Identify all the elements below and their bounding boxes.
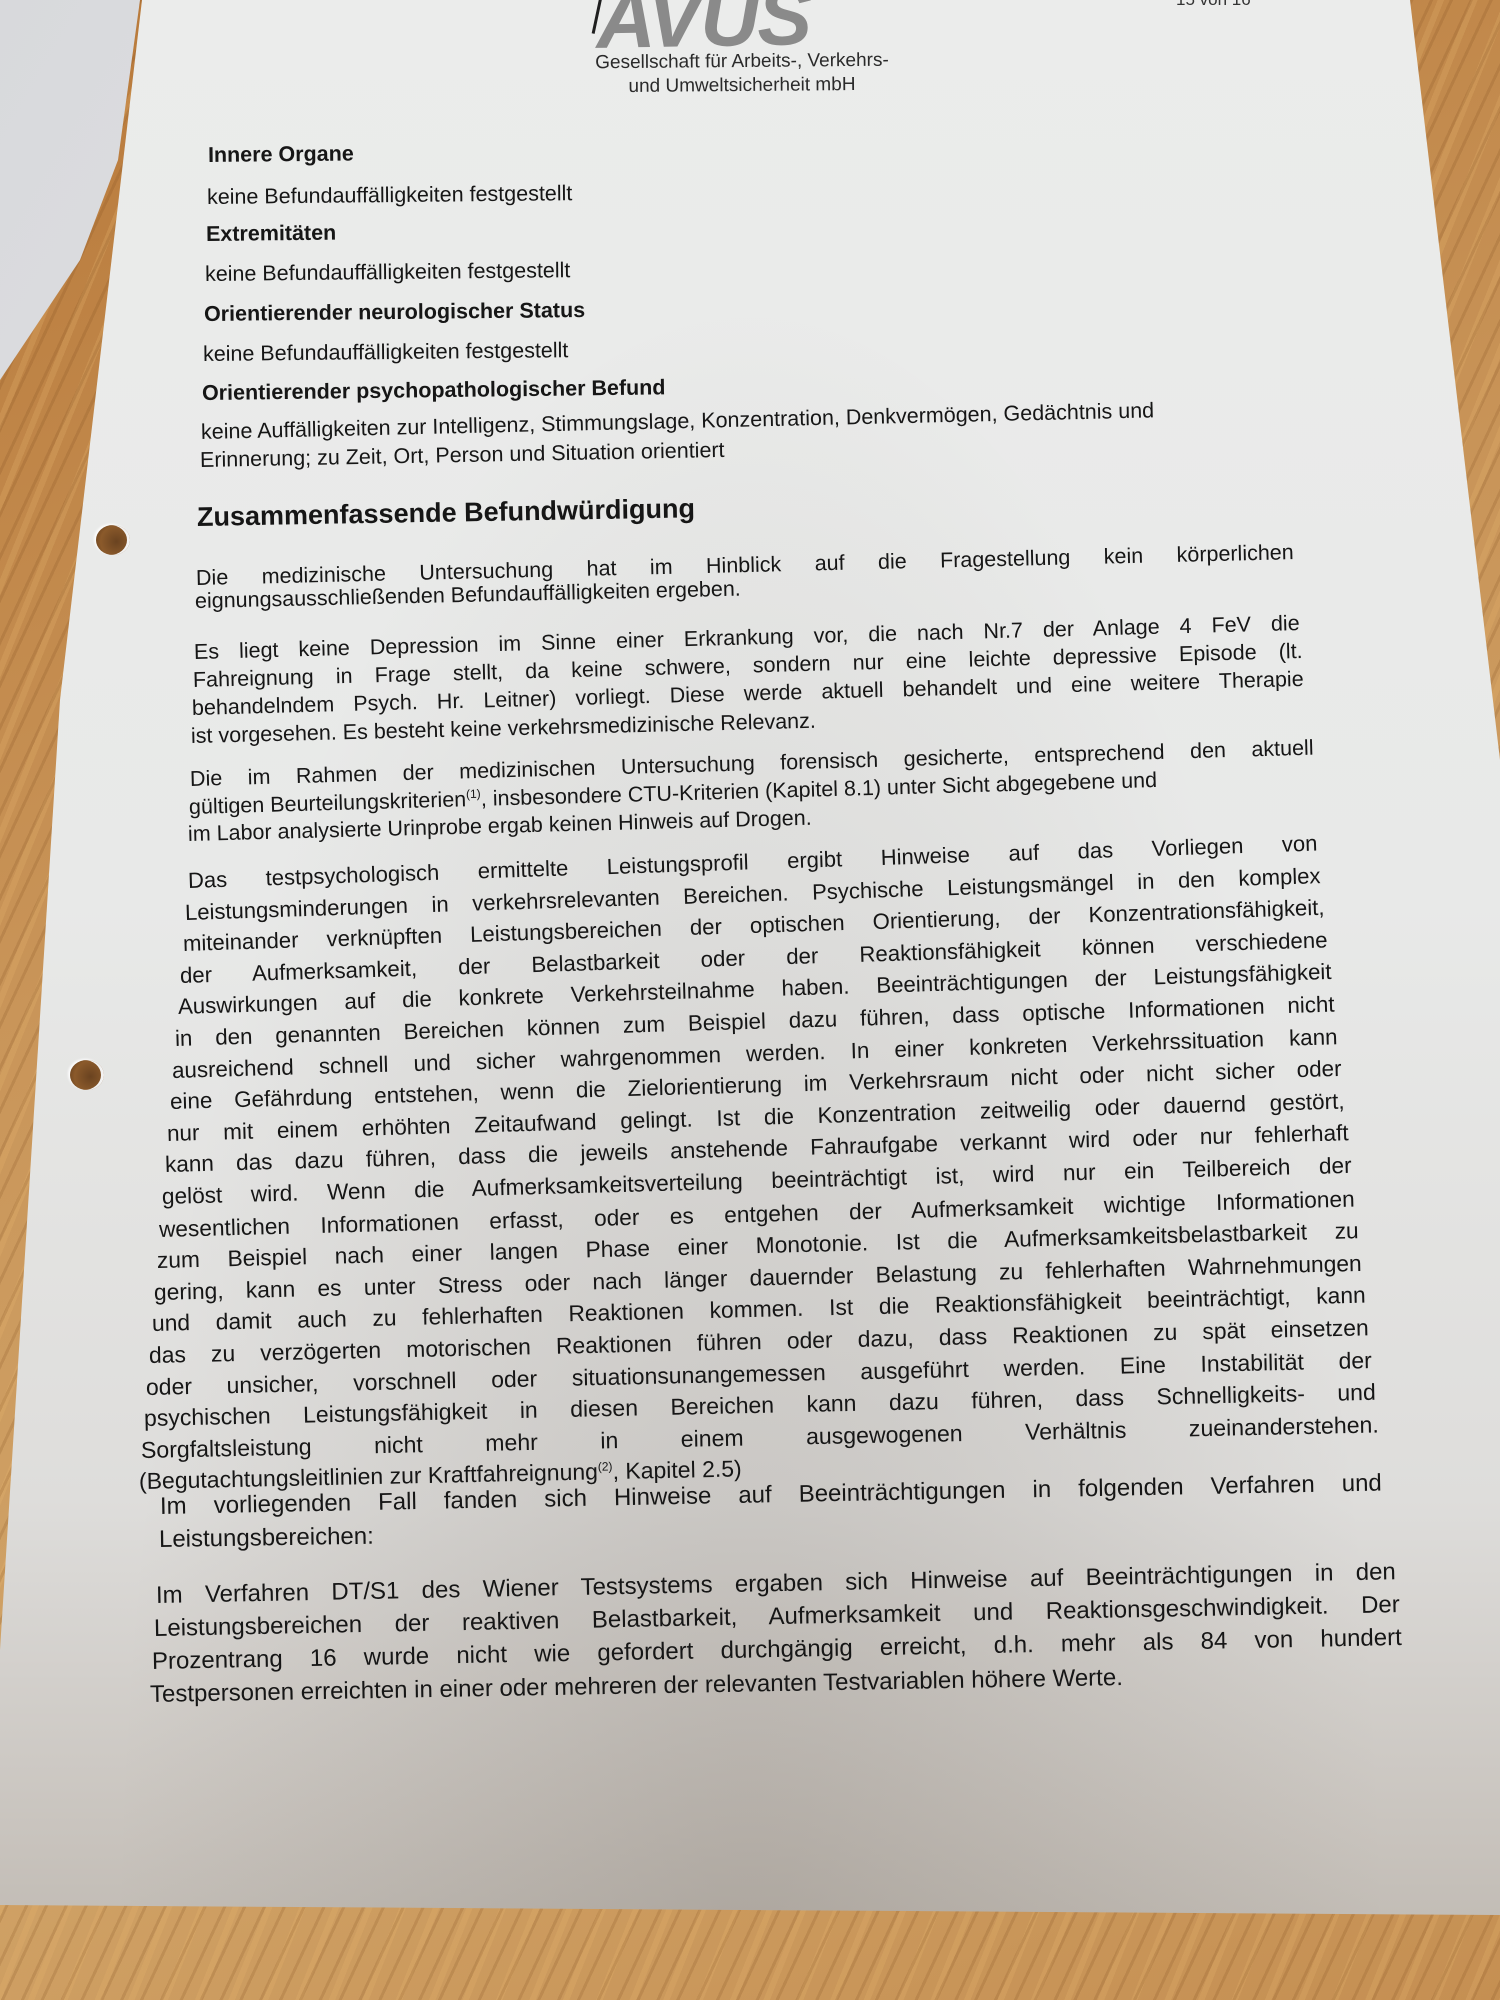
finding-text: keine Befundauffälligkeiten festgestellt	[207, 181, 573, 210]
paragraph-line: Die medizinische Untersuchung hat im Hin…	[196, 540, 1294, 591]
finding-text: keine Befundauffälligkeiten festgestellt	[205, 258, 571, 287]
page-number: 15 von 16	[1176, 0, 1251, 10]
finding-heading: Orientierender psychopathologischer Befu…	[202, 375, 666, 406]
section-title: Zusammenfassende Befundwürdigung	[197, 493, 696, 533]
company-logo: AVUS	[595, 0, 810, 36]
document-content: AVUS 15 von 16 Gesellschaft für Arbeits-…	[0, 0, 1500, 2000]
paragraph-line: Leistungsbereichen:	[159, 1523, 374, 1554]
company-name-line-2: und Umweltsicherheit mbH	[572, 73, 912, 100]
finding-heading: Extremitäten	[206, 221, 337, 247]
footnote-marker: (1)	[466, 787, 481, 801]
footnote-marker: (2)	[597, 1460, 612, 1474]
finding-heading: Orientierender neurologischer Status	[204, 298, 585, 327]
company-name-line-1: Gesellschaft für Arbeits-, Verkehrs-	[572, 49, 912, 76]
finding-text: keine Befundauffälligkeiten festgestellt	[203, 338, 569, 367]
finding-heading: Innere Organe	[208, 141, 354, 168]
